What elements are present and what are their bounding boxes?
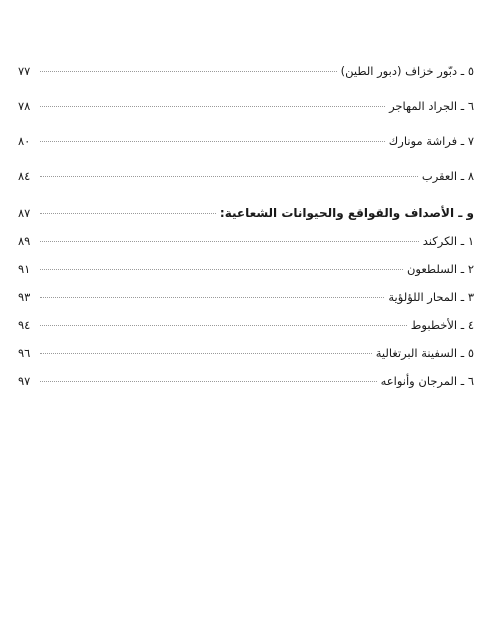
dot-leader: [40, 324, 407, 326]
dot-leader: [40, 105, 385, 107]
toc-heading-title: و ـ الأصداف والقواقع والحيوانات الشعاعية…: [220, 204, 474, 222]
toc-entry-page: ٩٦: [18, 344, 36, 362]
toc-entry[interactable]: ٤ ـ الأخطبوط ٩٤: [18, 316, 474, 334]
toc-entry[interactable]: ٢ ـ السلطعون ٩١: [18, 260, 474, 278]
toc-entry-page: ٨٤: [18, 167, 36, 185]
toc-entry-title: ٥ ـ دبّور خزاف (دبور الطين): [341, 62, 474, 80]
toc-entry[interactable]: ٣ ـ المحار اللؤلؤية ٩٣: [18, 288, 474, 306]
toc-entry-title: ٨ ـ العقرب: [422, 167, 474, 185]
toc-entry[interactable]: ٥ ـ دبّور خزاف (دبور الطين) ٧٧: [18, 62, 474, 80]
dot-leader: [40, 352, 372, 354]
toc-entry-page: ٩٧: [18, 372, 36, 390]
toc-entry-title: ٧ ـ فراشة مونارك: [389, 132, 474, 150]
toc-entry-title: ٥ ـ السفينة البرتغالية: [376, 344, 474, 362]
dot-leader: [40, 268, 403, 270]
toc-entry-page: ٧٧: [18, 62, 36, 80]
toc-entry[interactable]: ١ ـ الكركند ٨٩: [18, 232, 474, 250]
toc-entry-page: ٩١: [18, 260, 36, 278]
toc-entry-title: ٦ ـ المرجان وأنواعه: [381, 372, 474, 390]
dot-leader: [40, 175, 418, 177]
toc-entry-title: ٣ ـ المحار اللؤلؤية: [388, 288, 474, 306]
toc-section-heading[interactable]: و ـ الأصداف والقواقع والحيوانات الشعاعية…: [18, 204, 474, 222]
toc-entry-title: ٢ ـ السلطعون: [407, 260, 474, 278]
toc-entry[interactable]: ٥ ـ السفينة البرتغالية ٩٦: [18, 344, 474, 362]
dot-leader: [40, 70, 337, 72]
toc-entry[interactable]: ٦ ـ المرجان وأنواعه ٩٧: [18, 372, 474, 390]
toc-entry-page: ٩٣: [18, 288, 36, 306]
toc-entry-page: ٩٤: [18, 316, 36, 334]
dot-leader: [40, 240, 419, 242]
toc-entry-page: ٨٩: [18, 232, 36, 250]
toc-entry-page: ٨٠: [18, 132, 36, 150]
toc-entry[interactable]: ٧ ـ فراشة مونارك ٨٠: [18, 132, 474, 150]
dot-leader: [40, 296, 384, 298]
dot-leader: [40, 140, 385, 142]
table-of-contents: ٥ ـ دبّور خزاف (دبور الطين) ٧٧ ٦ ـ الجرا…: [18, 62, 474, 390]
toc-entry-page: ٧٨: [18, 97, 36, 115]
toc-entry[interactable]: ٨ ـ العقرب ٨٤: [18, 167, 474, 185]
toc-entry-title: ٦ ـ الجراد المهاجر: [389, 97, 474, 115]
dot-leader: [40, 212, 216, 214]
toc-entry[interactable]: ٦ ـ الجراد المهاجر ٧٨: [18, 97, 474, 115]
toc-entry-title: ١ ـ الكركند: [423, 232, 474, 250]
dot-leader: [40, 380, 377, 382]
toc-entry-title: ٤ ـ الأخطبوط: [411, 316, 474, 334]
toc-entry-page: ٨٧: [18, 204, 36, 222]
